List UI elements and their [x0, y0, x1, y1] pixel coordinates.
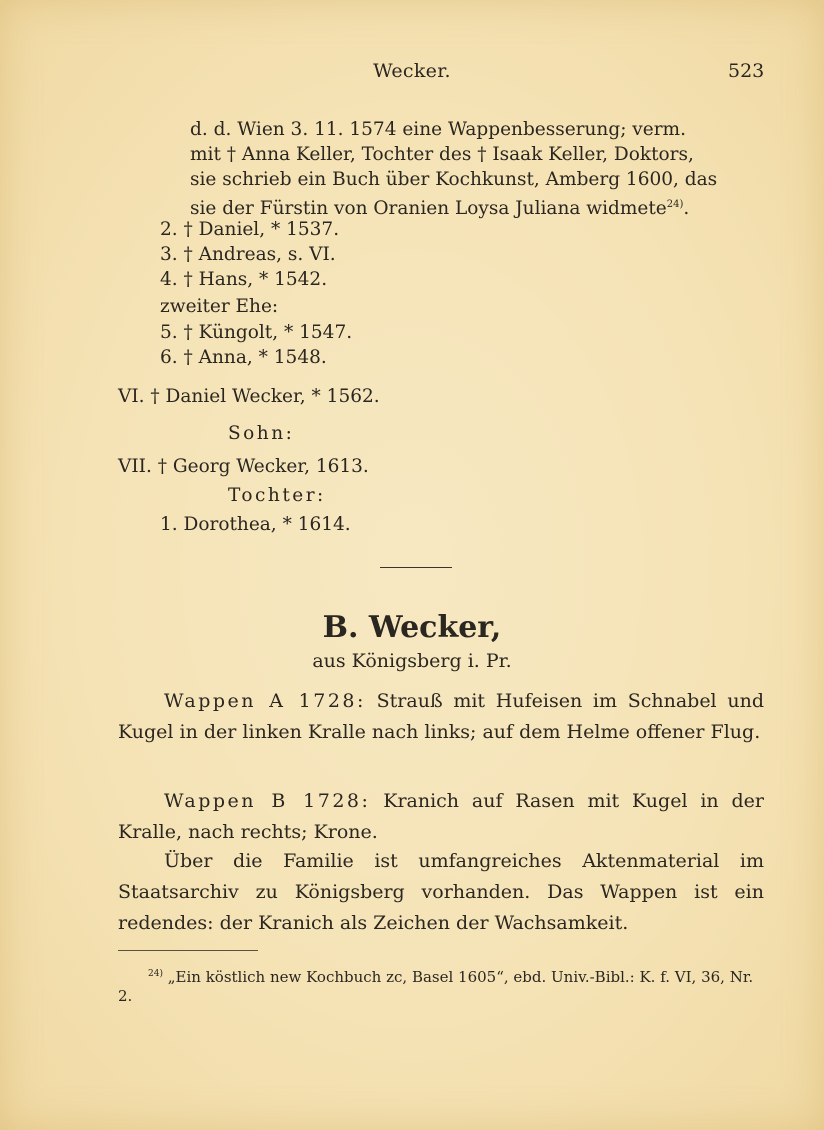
- text-line: mit † Anna Keller, Tochter des † Isaak K…: [190, 142, 694, 167]
- text-line: sie der Fürstin von Oranien Loysa Julian…: [190, 198, 667, 219]
- child-entry: 2. † Daniel, * 1537.: [160, 217, 339, 242]
- paragraph-coat-of-arms-a: Wappen A 1728: Strauß mit Hufeisen im Sc…: [118, 686, 764, 748]
- paragraph-lead: Wappen A 1728:: [164, 690, 366, 712]
- text-line: d. d. Wien 3. 11. 1574 eine Wappenbesser…: [190, 117, 686, 142]
- paragraph-family-records: Über die Familie ist umfangreiches Akten…: [118, 846, 764, 939]
- paragraph-lead: Wappen B 1728:: [164, 790, 370, 812]
- book-page: Wecker. 523 d. d. Wien 3. 11. 1574 eine …: [0, 0, 824, 1130]
- paragraph-coat-of-arms-b: Wappen B 1728: Kranich auf Rasen mit Kug…: [118, 786, 764, 848]
- daughter-label: Tochter:: [228, 483, 326, 508]
- child-entry: 5. † Küngolt, * 1547.: [160, 320, 352, 345]
- child-entry: 6. † Anna, * 1548.: [160, 345, 327, 370]
- child-entry: 3. † Andreas, s. VI.: [160, 242, 336, 267]
- paragraph-text: Über die Familie ist umfangreiches Akten…: [118, 850, 764, 934]
- footnote: 24) „Ein köstlich new Kochbuch zc, Basel…: [118, 965, 764, 1006]
- generation-vii-entry: VII. † Georg Wecker, 1613.: [118, 454, 369, 479]
- second-marriage-label: zweiter Ehe:: [160, 294, 278, 319]
- footnote-text: „Ein köstlich new Kochbuch zc, Basel 160…: [118, 968, 753, 1005]
- page-number: 523: [728, 60, 764, 82]
- text-line: sie schrieb ein Buch über Kochkunst, Amb…: [190, 167, 717, 192]
- section-divider: [380, 567, 452, 568]
- footnote-divider: [118, 950, 258, 951]
- son-label: Sohn:: [228, 421, 294, 446]
- section-title: B. Wecker,: [0, 610, 824, 645]
- generation-vi-entry: VI. † Daniel Wecker, * 1562.: [118, 384, 380, 409]
- section-subtitle: aus Königsberg i. Pr.: [0, 650, 824, 672]
- running-title: Wecker.: [0, 60, 824, 82]
- child-entry: 4. † Hans, * 1542.: [160, 267, 327, 292]
- footnote-marker: 24): [148, 969, 163, 979]
- daughter-entry: 1. Dorothea, * 1614.: [160, 512, 351, 537]
- footnote-reference: 24): [667, 199, 684, 210]
